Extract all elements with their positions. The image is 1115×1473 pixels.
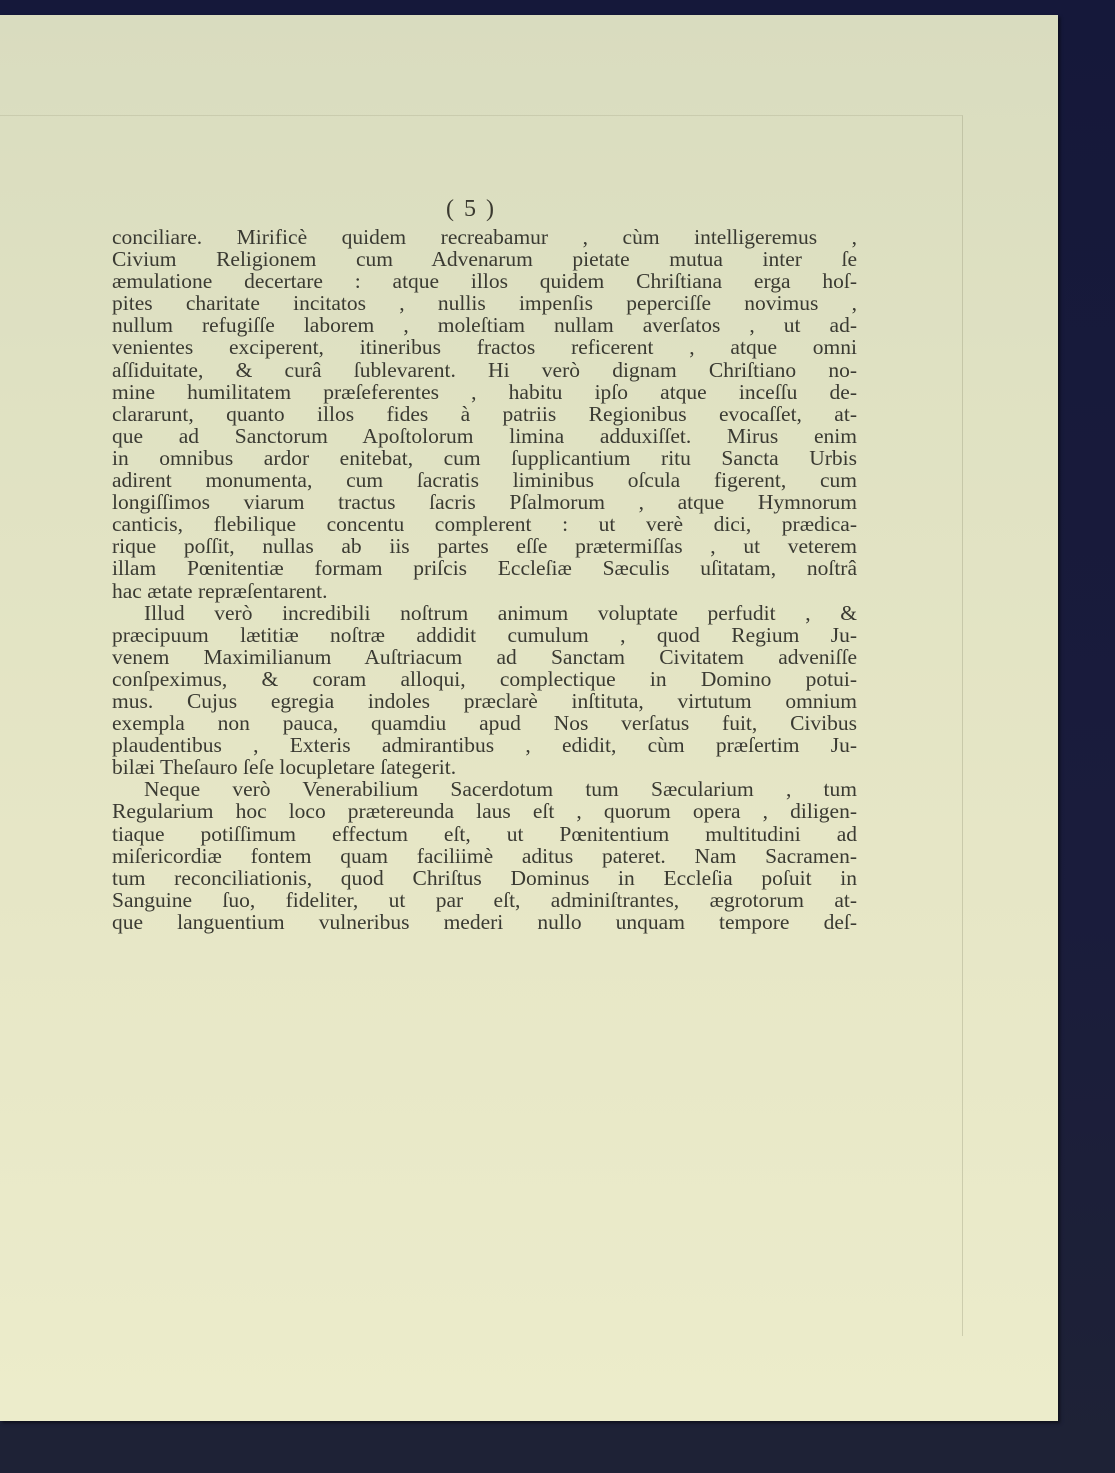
text-line: miſericordiæ fontem quam faciliimè aditu… xyxy=(112,845,857,867)
text-line: tiaque potiſſimum effectum eſt, ut Pœnit… xyxy=(112,823,857,845)
text-line: bilæi Theſauro ſeſe locupletare ſategeri… xyxy=(112,756,857,778)
text-line: plaudentibus , Exteris admirantibus , ed… xyxy=(112,734,857,756)
text-line: exempla non pauca, quamdiu apud Nos verſ… xyxy=(112,712,857,734)
text-line: in omnibus ardor enitebat, cum ſupplican… xyxy=(112,447,857,469)
text-line: æmulatione decertare : atque illos quide… xyxy=(112,270,857,292)
body-text: conciliare. Mirificè quidem recreabamur … xyxy=(112,226,857,933)
text-line: Illud verò incredibili noſtrum animum vo… xyxy=(112,602,857,624)
text-line: venientes exciperent, itineribus fractos… xyxy=(112,336,857,358)
text-line: adirent monumenta, cum ſacratis liminibu… xyxy=(112,469,857,491)
text-line: præcipuum lætitiæ noſtræ addidit cumulum… xyxy=(112,624,857,646)
page-number: ( 5 ) xyxy=(446,196,496,223)
text-line: Neque verò Venerabilium Sacerdotum tum S… xyxy=(112,778,857,800)
text-line: Sanguine ſuo, fideliter, ut par eſt, adm… xyxy=(112,889,857,911)
text-line: mus. Cujus egregia indoles præclarè inſt… xyxy=(112,690,857,712)
paragraph-3: Neque verò Venerabilium Sacerdotum tum S… xyxy=(112,778,857,933)
text-line: aſſiduitate, & curâ ſublevarent. Hi verò… xyxy=(112,359,857,381)
text-line: que ad Sanctorum Apoſtolorum limina addu… xyxy=(112,425,857,447)
text-line: pites charitate incitatos , nullis impen… xyxy=(112,292,857,314)
text-line: nullum refugiſſe laborem , moleſtiam nul… xyxy=(112,314,857,336)
text-line: conſpeximus, & coram alloqui, complectiq… xyxy=(112,668,857,690)
text-line: rique poſſit, nullas ab iis partes eſſe … xyxy=(112,535,857,557)
text-line: clararunt, quanto illos fides à patriis … xyxy=(112,403,857,425)
text-line: longiſſimos viarum tractus ſacris Pſalmo… xyxy=(112,491,857,513)
text-line: mine humilitatem præſeferentes , habitu … xyxy=(112,381,857,403)
paragraph-2: Illud verò incredibili noſtrum animum vo… xyxy=(112,602,857,779)
text-line: hac ætate repræſentarent. xyxy=(112,580,857,602)
text-line: conciliare. Mirificè quidem recreabamur … xyxy=(112,226,857,248)
text-line: illam Pœnitentiæ formam priſcis Eccleſiæ… xyxy=(112,557,857,579)
paragraph-1: conciliare. Mirificè quidem recreabamur … xyxy=(112,226,857,602)
text-line: venem Maximilianum Auſtriacum ad Sanctam… xyxy=(112,646,857,668)
text-line: Civium Religionem cum Advenarum pietate … xyxy=(112,248,857,270)
text-line: que languentium vulneribus mederi nullo … xyxy=(112,911,857,933)
text-line: Regularium hoc loco prætereunda laus eſt… xyxy=(112,800,857,822)
text-line: canticis, flebilique concentu complerent… xyxy=(112,513,857,535)
text-line: tum reconciliationis, quod Chriſtus Domi… xyxy=(112,867,857,889)
